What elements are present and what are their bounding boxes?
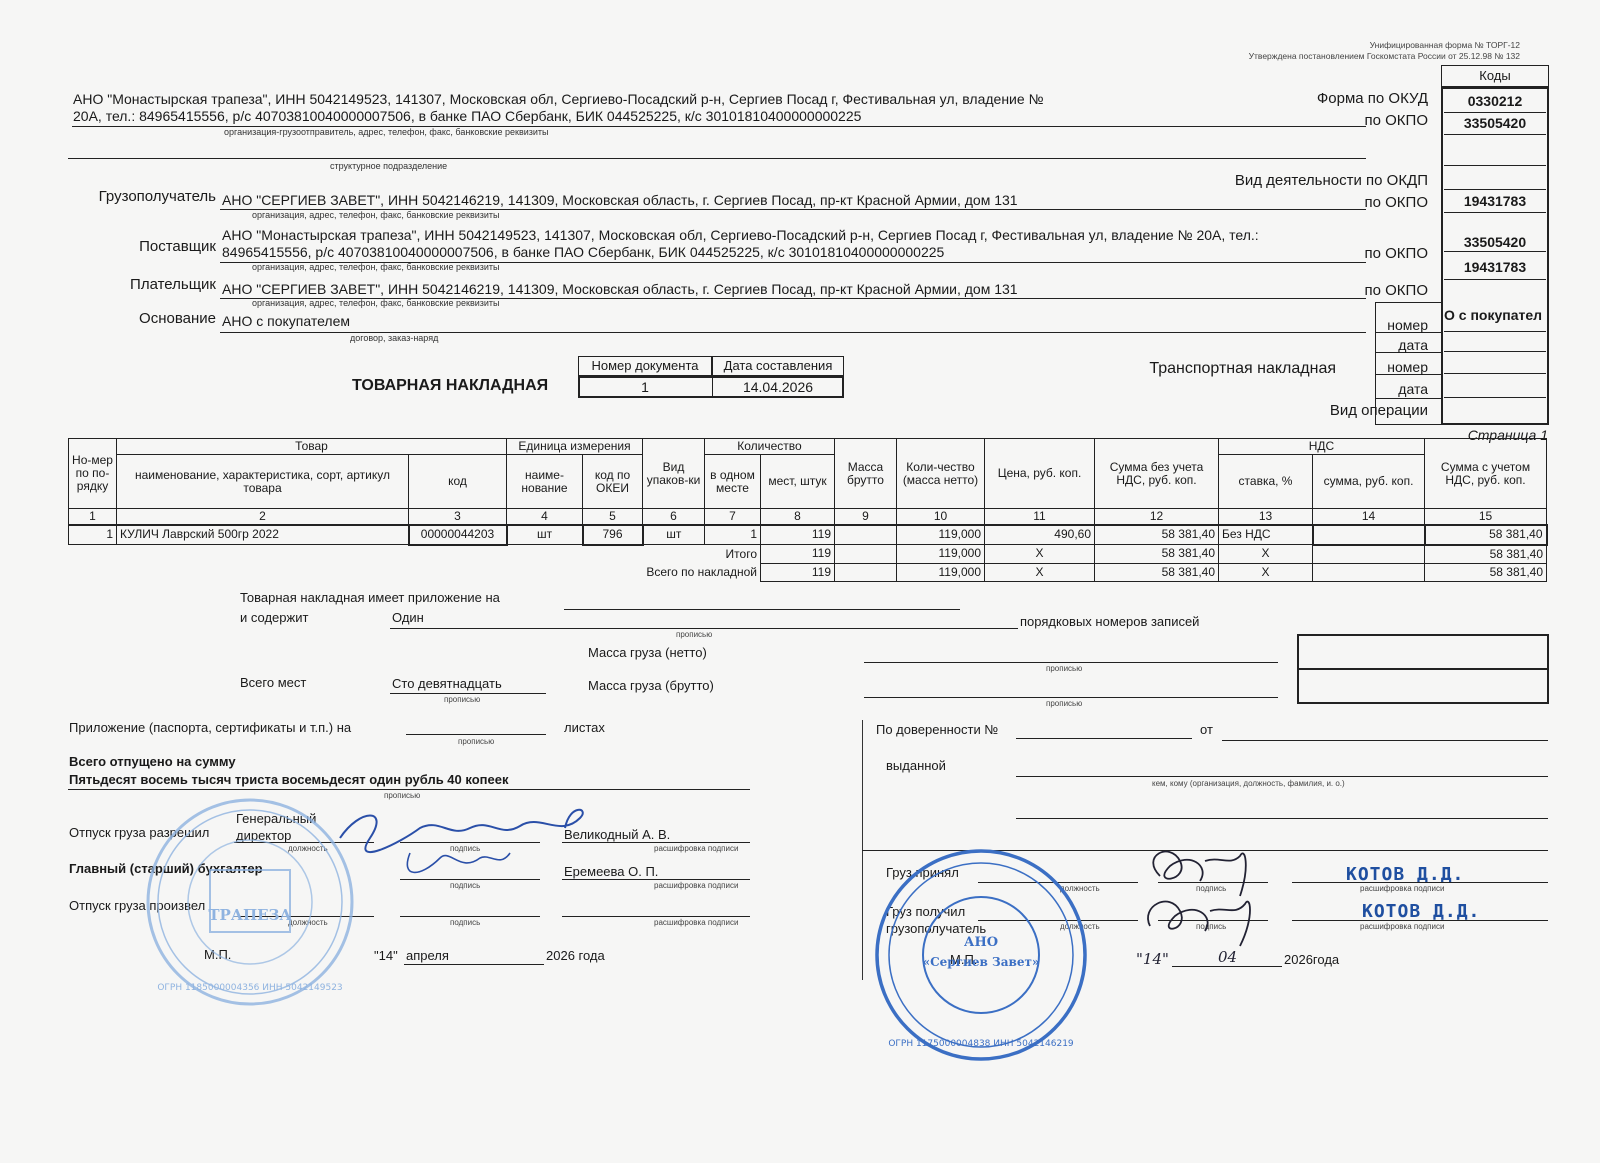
th-qty: Количество [705, 439, 835, 455]
row-price: 490,60 [985, 525, 1095, 545]
transport-number-code [1444, 352, 1546, 374]
basis-caption: договор, заказ-наряд [350, 333, 438, 343]
payer-okpo-label: по ОКПО [1365, 282, 1429, 299]
total-row: Итого 119 119,000 X 58 381,40 X 58 381,4… [69, 545, 1547, 564]
payer-label: Плательщик [130, 276, 216, 293]
okud-code: 0330212 [1444, 90, 1546, 113]
document-date: 14.04.2026 [714, 379, 842, 395]
th-goods-code: код [409, 455, 507, 509]
appendix-caption: прописью [458, 737, 494, 746]
basis-value: АНО с покупателем [222, 313, 350, 329]
places-value: Сто девятнадцать [392, 676, 502, 691]
shipper-line-1: АНО "Монастырская трапеза", ИНН 50421495… [73, 91, 1044, 107]
payer-value: АНО "СЕРГИЕВ ЗАВЕТ", ИНН 5042146219, 141… [222, 281, 1018, 297]
transport-date-code [1444, 374, 1546, 398]
row-okei: 796 [583, 525, 643, 545]
table-row: 1 КУЛИЧ Лаврский 500гр 2022 00000044203 … [69, 525, 1547, 545]
consignee-okpo-label: по ОКПО [1365, 194, 1429, 211]
goods-table: Но-мер по по-рядку Товар Единица измерен… [68, 438, 1548, 582]
row-name: КУЛИЧ Лаврский 500гр 2022 [117, 525, 409, 545]
received-decode-caption: расшифровка подписи [1360, 922, 1444, 931]
transport-label: Транспортная накладная [1149, 360, 1336, 378]
document-number-header: Номер документа [578, 356, 712, 376]
form-name: Унифицированная форма № ТОРГ-12 [1370, 40, 1520, 50]
th-unit-okei: код по ОКЕИ [583, 455, 643, 509]
shipper-date-year: 2026 года [546, 948, 605, 963]
consignee-okpo-code: 19431783 [1444, 190, 1546, 213]
division-caption: структурное подразделение [330, 161, 447, 171]
svg-text:ОГРН 1175000004838 ИНН 5042146: ОГРН 1175000004838 ИНН 5042146219 [888, 1039, 1074, 1049]
places-caption: прописью [444, 695, 480, 704]
net-caption: прописью [1046, 664, 1082, 673]
th-unit-name: наиме-нование [507, 455, 583, 509]
consignee-value: АНО "СЕРГИЕВ ЗАВЕТ", ИНН 5042146219, 141… [222, 192, 1018, 208]
contains-label: и содержит [240, 610, 308, 625]
places-label: Всего мест [240, 675, 306, 690]
document-date-header: Дата составления [712, 356, 844, 376]
okud-label: Форма по ОКУД [1317, 90, 1428, 107]
transport-date-label: дата [1398, 381, 1428, 397]
received-name: КОТОВ Д.Д. [1362, 901, 1480, 922]
director-signature-icon [330, 798, 600, 888]
net-label: Масса груза (нетто) [588, 645, 707, 660]
transport-number-label: номер [1387, 359, 1428, 375]
supplier-label: Поставщик [139, 238, 216, 255]
document-number: 1 [580, 379, 710, 395]
total-label: Итого [643, 545, 761, 564]
row-sum-vat: 58 381,40 [1425, 525, 1547, 545]
attachment-label: Товарная накладная имеет приложение на [240, 590, 500, 605]
svg-text:ТРАПЕЗА: ТРАПЕЗА [208, 906, 292, 924]
th-unit: Единица измерения [507, 439, 643, 455]
gross-label: Масса груза (брутто) [588, 678, 714, 693]
basis-number-code: О с покупател [1444, 280, 1546, 332]
form-approval: Утверждена постановлением Госкомстата Ро… [1249, 51, 1520, 61]
row-code: 00000044203 [409, 525, 507, 545]
th-qty-places: мест, штук [761, 455, 835, 509]
row-gross [835, 525, 897, 545]
operation-code [1444, 398, 1546, 422]
okdp-code [1444, 166, 1546, 190]
supplier-okpo-code: 33505420 [1444, 212, 1546, 252]
receiver-date-year: 2026года [1284, 952, 1339, 967]
document-page: Унифицированная форма № ТОРГ-12 Утвержде… [0, 0, 1600, 1163]
th-price: Цена, руб. коп. [985, 439, 1095, 509]
released-sum-label: Всего отпущено на сумму [69, 754, 236, 769]
row-sum-novat: 58 381,40 [1095, 525, 1219, 545]
svg-text:«Сергиев Завет»: «Сергиев Завет» [923, 955, 1040, 969]
contains-caption: прописью [676, 630, 712, 639]
svg-text:АНО: АНО [964, 935, 998, 950]
column-numbers-row: 1 2 3 4 5 6 7 8 9 10 11 12 13 14 15 [69, 509, 1547, 525]
consignee-stamp-icon: АНО «Сергиев Завет» ОГРН 1175000004838 И… [872, 846, 1090, 1064]
issued-label: выданной [886, 758, 946, 773]
division-code [1444, 134, 1546, 166]
operation-label: Вид операции [1330, 402, 1428, 419]
basis-date-label: дата [1398, 337, 1428, 353]
th-qty-one: в одном месте [705, 455, 761, 509]
shipper-okpo-label: по ОКПО [1365, 112, 1429, 129]
th-goods-name: наименование, характеристика, сорт, арти… [117, 455, 409, 509]
produced-decode-caption: расшифровка подписи [654, 918, 738, 927]
row-vat-sum [1313, 525, 1425, 545]
released-sum-value: Пятьдесят восемь тысяч триста восемьдеся… [69, 772, 508, 787]
consignee-caption: организация, адрес, телефон, факс, банко… [252, 210, 500, 220]
payer-okpo-code: 19431783 [1444, 252, 1546, 280]
shipper-okpo-code: 33505420 [1444, 112, 1546, 135]
gross-caption: прописью [1046, 699, 1082, 708]
row-vat-rate: Без НДС [1219, 525, 1313, 545]
basis-date-code [1444, 332, 1546, 352]
grand-total-label: Всего по накладной [583, 563, 761, 581]
shipper-date-month: апреля [406, 948, 449, 963]
basis-number-label: номер [1387, 317, 1428, 333]
supplier-okpo-label: по ОКПО [1365, 245, 1429, 262]
shipper-line-2: 20А, тел.: 84965415556, р/с 407038100400… [73, 108, 861, 124]
row-unit: шт [507, 525, 583, 545]
th-net: Коли-чество (масса нетто) [897, 439, 985, 509]
row-pack: шт [643, 525, 705, 545]
sheets-label: листах [564, 720, 605, 735]
produced-signature-caption: подпись [450, 918, 480, 927]
codes-header: Коды [1441, 65, 1549, 87]
th-vat: НДС [1219, 439, 1425, 455]
consignee-label: Грузополучатель [99, 188, 216, 205]
row-qty-one: 1 [705, 525, 761, 545]
appendix-label: Приложение (паспорта, сертификаты и т.п.… [69, 720, 351, 735]
th-goods: Товар [117, 439, 507, 455]
shipper-stamp-icon: ТРАПЕЗА ОГРН 1185000004356 ИНН 504214952… [140, 792, 360, 1012]
basis-label: Основание [139, 310, 216, 327]
accountant-decode-caption: расшифровка подписи [654, 881, 738, 890]
th-gross: Масса брутто [835, 439, 897, 509]
th-sum-novat: Сумма без учета НДС, руб. коп. [1095, 439, 1219, 509]
poa-label: По доверенности № [876, 722, 998, 737]
row-net: 119,000 [897, 525, 985, 545]
grand-total-row: Всего по накладной 119 119,000 X 58 381,… [69, 563, 1547, 581]
th-sum-vat: Сумма с учетом НДС, руб. коп. [1425, 439, 1547, 509]
document-title: ТОВАРНАЯ НАКЛАДНАЯ [352, 377, 548, 395]
allowed-decode-caption: расшифровка подписи [654, 844, 738, 853]
poa-from-label: от [1200, 722, 1213, 737]
th-pack: Вид упаков-ки [643, 439, 705, 509]
th-number: Но-мер по по-рядку [69, 439, 117, 509]
shipper-caption: организация-грузоотправитель, адрес, тел… [224, 127, 549, 137]
contains-value: Один [392, 610, 424, 625]
shipper-date-day: "14" [374, 948, 398, 963]
records-label: порядковых номеров записей [1020, 614, 1199, 629]
supplier-caption: организация, адрес, телефон, факс, банко… [252, 262, 500, 272]
okdp-label: Вид деятельности по ОКДП [1235, 172, 1428, 189]
th-vat-rate: ставка, % [1219, 455, 1313, 509]
supplier-line-2: 84965415556, р/с 40703810040000007506, в… [222, 244, 944, 260]
row-number: 1 [69, 525, 117, 545]
svg-text:ОГРН 1185000004356 ИНН 5042149: ОГРН 1185000004356 ИНН 5042149523 [157, 983, 342, 993]
accepted-decode-caption: расшифровка подписи [1360, 884, 1444, 893]
payer-caption: организация, адрес, телефон, факс, банко… [252, 298, 500, 308]
receiver-signature-icon [1130, 836, 1270, 956]
issued-caption: кем, кому (организация, должность, фамил… [1152, 779, 1345, 788]
supplier-line-1: АНО "Монастырская трапеза", ИНН 50421495… [222, 227, 1259, 243]
row-places: 119 [761, 525, 835, 545]
th-vat-sum: сумма, руб. коп. [1313, 455, 1425, 509]
